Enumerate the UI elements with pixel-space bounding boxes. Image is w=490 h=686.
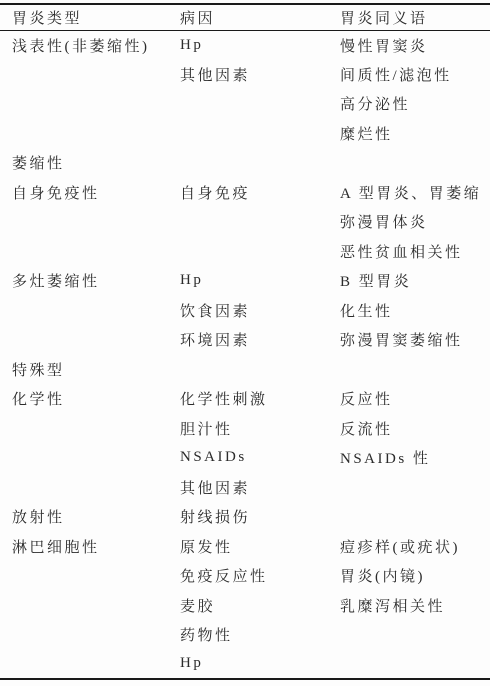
table-row: Hp	[0, 650, 490, 680]
table-row: 淋巴细胞性原发性痘疹样(或疣状)	[0, 532, 490, 562]
table-cell: 浅表性(非萎缩性)	[0, 30, 180, 60]
table-row: NSAIDsNSAIDs 性	[0, 443, 490, 473]
table-cell: 淋巴细胞性	[0, 532, 180, 562]
table-cell: 自身免疫性	[0, 178, 180, 208]
table-row: 恶性贫血相关性	[0, 237, 490, 267]
table-cell: 其他因素	[180, 60, 340, 90]
header-gastritis-type: 胃炎类型	[0, 4, 180, 30]
table-cell: 化生性	[340, 296, 490, 326]
table-cell: 间质性/滤泡性	[340, 60, 490, 90]
table-cell	[0, 650, 180, 680]
table-cell: B 型胃炎	[340, 266, 490, 296]
table-cell	[340, 148, 490, 178]
table-row: 胆汁性反流性	[0, 414, 490, 444]
table-cell	[0, 561, 180, 591]
table-cell	[0, 620, 180, 650]
table-cell	[180, 119, 340, 149]
table-cell: 乳糜泻相关性	[340, 591, 490, 621]
table-row: 其他因素	[0, 473, 490, 503]
table-row: 麦胶乳糜泻相关性	[0, 591, 490, 621]
table-cell: Hp	[180, 266, 340, 296]
table-cell: 多灶萎缩性	[0, 266, 180, 296]
table-cell	[180, 237, 340, 267]
table-cell: 环境因素	[180, 325, 340, 355]
table-cell: 麦胶	[180, 591, 340, 621]
table-row: 糜烂性	[0, 119, 490, 149]
table-cell: A 型胃炎、胃萎缩	[340, 178, 490, 208]
table-cell: 原发性	[180, 532, 340, 562]
table-cell: 糜烂性	[340, 119, 490, 149]
table-cell: 自身免疫	[180, 178, 340, 208]
table-cell	[0, 325, 180, 355]
table-cell	[340, 355, 490, 385]
table-cell: 萎缩性	[0, 148, 180, 178]
table-cell	[0, 591, 180, 621]
table-cell: 弥漫胃体炎	[340, 207, 490, 237]
table-cell: 饮食因素	[180, 296, 340, 326]
table-row: 药物性	[0, 620, 490, 650]
table-row: 弥漫胃体炎	[0, 207, 490, 237]
header-etiology: 病因	[180, 4, 340, 30]
table-cell: 胃炎(内镜)	[340, 561, 490, 591]
table-cell: 弥漫胃窦萎缩性	[340, 325, 490, 355]
table-row: 萎缩性	[0, 148, 490, 178]
table-row: 自身免疫性自身免疫A 型胃炎、胃萎缩	[0, 178, 490, 208]
table-cell: 痘疹样(或疣状)	[340, 532, 490, 562]
table-cell: 恶性贫血相关性	[340, 237, 490, 267]
table-cell: NSAIDs	[180, 443, 340, 473]
table-row: 多灶萎缩性HpB 型胃炎	[0, 266, 490, 296]
table-row: 其他因素间质性/滤泡性	[0, 60, 490, 90]
table-cell	[340, 650, 490, 680]
table-cell	[340, 502, 490, 532]
table-row: 环境因素弥漫胃窦萎缩性	[0, 325, 490, 355]
gastritis-classification-table: 胃炎类型 病因 胃炎同义语 浅表性(非萎缩性)Hp慢性胃窦炎其他因素间质性/滤泡…	[0, 3, 490, 680]
table-cell	[0, 443, 180, 473]
table-cell: 慢性胃窦炎	[340, 30, 490, 60]
table-cell: 射线损伤	[180, 502, 340, 532]
table-cell	[0, 207, 180, 237]
table-cell	[340, 473, 490, 503]
table-row: 放射性射线损伤	[0, 502, 490, 532]
table-cell	[0, 473, 180, 503]
table-cell: 化学性刺激	[180, 384, 340, 414]
header-row: 胃炎类型 病因 胃炎同义语	[0, 4, 490, 30]
table-cell: 反应性	[340, 384, 490, 414]
table-cell	[0, 296, 180, 326]
table-cell	[180, 207, 340, 237]
header-synonyms: 胃炎同义语	[340, 4, 490, 30]
table-cell	[0, 119, 180, 149]
table-cell: 药物性	[180, 620, 340, 650]
table-cell: 放射性	[0, 502, 180, 532]
table-cell: 化学性	[0, 384, 180, 414]
table-cell: 特殊型	[0, 355, 180, 385]
table-cell: 其他因素	[180, 473, 340, 503]
table-cell	[340, 620, 490, 650]
table-cell: 胆汁性	[180, 414, 340, 444]
table-row: 饮食因素化生性	[0, 296, 490, 326]
table-row: 免疫反应性胃炎(内镜)	[0, 561, 490, 591]
table-cell: NSAIDs 性	[340, 443, 490, 473]
table-header: 胃炎类型 病因 胃炎同义语	[0, 4, 490, 30]
table-cell	[0, 414, 180, 444]
table-cell	[180, 355, 340, 385]
table-cell: 反流性	[340, 414, 490, 444]
table-cell: Hp	[180, 650, 340, 680]
table-cell	[0, 89, 180, 119]
table-cell	[0, 237, 180, 267]
table-row: 化学性化学性刺激反应性	[0, 384, 490, 414]
table-row: 高分泌性	[0, 89, 490, 119]
table-body: 浅表性(非萎缩性)Hp慢性胃窦炎其他因素间质性/滤泡性高分泌性糜烂性萎缩性自身免…	[0, 30, 490, 679]
scanned-table-page: 胃炎类型 病因 胃炎同义语 浅表性(非萎缩性)Hp慢性胃窦炎其他因素间质性/滤泡…	[0, 0, 490, 686]
table-cell: Hp	[180, 30, 340, 60]
table-cell	[180, 89, 340, 119]
table-cell: 免疫反应性	[180, 561, 340, 591]
table-cell: 高分泌性	[340, 89, 490, 119]
table-row: 特殊型	[0, 355, 490, 385]
table-cell	[180, 148, 340, 178]
table-cell	[0, 60, 180, 90]
table-row: 浅表性(非萎缩性)Hp慢性胃窦炎	[0, 30, 490, 60]
